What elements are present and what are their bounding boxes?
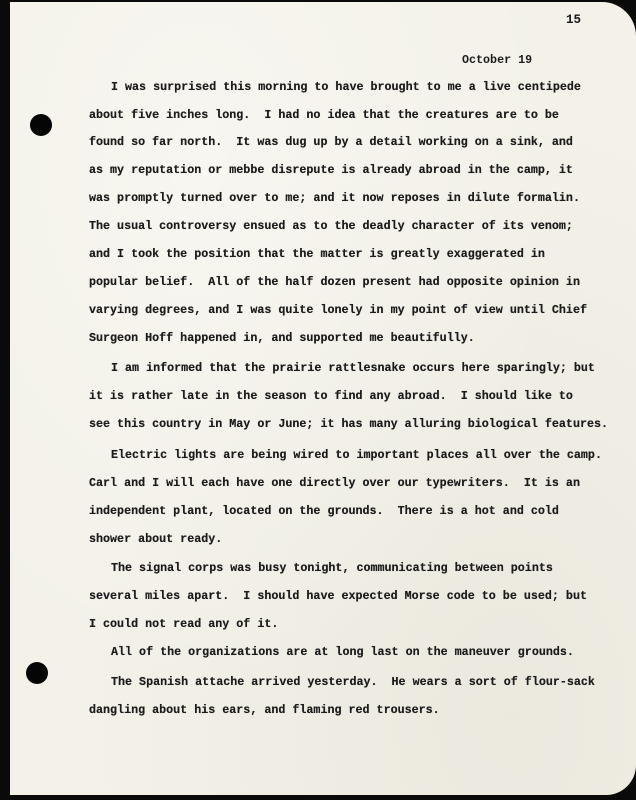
text-line: varying degrees, and I was quite lonely … <box>89 303 587 317</box>
punch-hole-top <box>30 114 52 136</box>
text-line: dangling about his ears, and flaming red… <box>89 703 440 717</box>
text-line: shower about ready. <box>89 532 222 546</box>
text-line: I could not read any of it. <box>89 617 278 631</box>
text-line: found so far north. It was dug up by a d… <box>89 135 573 149</box>
text-line: The signal corps was busy tonight, commu… <box>111 561 553 575</box>
text-line: All of the organizations are at long las… <box>111 645 574 659</box>
text-line: as my reputation or mebbe disrepute is a… <box>89 163 573 177</box>
typewritten-page: 15 October 19 I was surprised this morni… <box>10 2 636 795</box>
date-heading: October 19 <box>462 53 532 67</box>
page-number: 15 <box>566 13 581 27</box>
text-line: The usual controversy ensued as to the d… <box>89 219 573 233</box>
text-line: I was surprised this morning to have bro… <box>111 80 581 94</box>
text-line: was promptly turned over to me; and it n… <box>89 191 580 205</box>
text-line: Surgeon Hoff happened in, and supported … <box>89 331 475 345</box>
punch-hole-bottom <box>26 662 48 684</box>
text-line: popular belief. All of the half dozen pr… <box>89 275 580 289</box>
text-line: The Spanish attache arrived yesterday. H… <box>111 675 595 689</box>
text-line: and I took the position that the matter … <box>89 247 545 261</box>
text-line: see this country in May or June; it has … <box>89 417 608 431</box>
text-line: independent plant, located on the ground… <box>89 504 559 518</box>
text-line: it is rather late in the season to find … <box>89 389 573 403</box>
text-line: Carl and I will each have one directly o… <box>89 476 580 490</box>
text-line: Electric lights are being wired to impor… <box>111 448 602 462</box>
text-line: several miles apart. I should have expec… <box>89 589 587 603</box>
text-line: I am informed that the prairie rattlesna… <box>111 361 595 375</box>
text-line: about five inches long. I had no idea th… <box>89 108 559 122</box>
